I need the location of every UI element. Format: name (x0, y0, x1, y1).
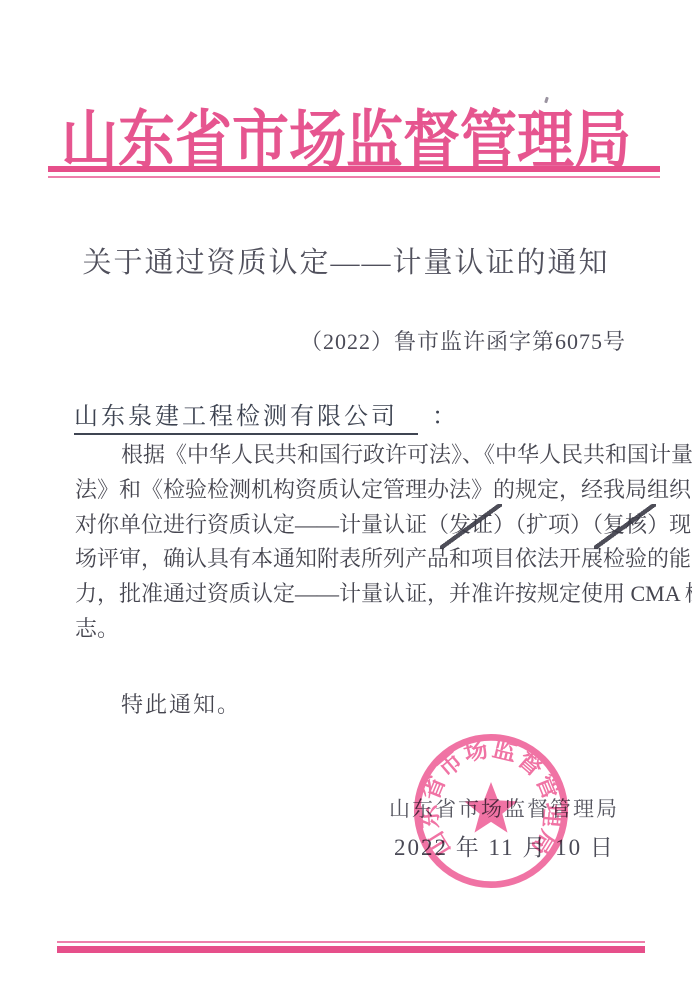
body-line-4: 场评审，确认具有本通知附表所列产品和项目依法开展检验的能 (75, 542, 626, 577)
struck-option-fuhe: 复核 (603, 508, 647, 543)
addressee-colon: ： (432, 404, 456, 430)
official-seal-stamp: 山东省市场监督管理局 (408, 728, 574, 894)
body-line-5: 力，批准通过资质认定——计量认证，并准许按规定使用 CMA 标 (75, 577, 626, 612)
seal-star-icon (464, 782, 517, 833)
footer-rule-thin (57, 941, 645, 943)
footer-rule-thick (57, 946, 645, 953)
body-line-3-text: 对你单位进行资质认定——计量认证（ (75, 512, 449, 537)
document-title: 关于通过资质认定——计量认证的通知 (0, 240, 692, 281)
body-line-3-text-end: ）现 (647, 512, 691, 537)
letterhead-rule-thin (48, 176, 660, 178)
body-line-2: 法》和《检验检测机构资质认定管理办法》的规定，经我局组织 (75, 473, 626, 508)
body-line-1: 根据《中华人民共和国行政许可法》、《中华人民共和国计量 (75, 438, 626, 473)
official-document-page: 山东省市场监督管理局 关于通过资质认定——计量认证的通知 （2022）鲁市监许函… (0, 0, 692, 984)
body-line-3: 对你单位进行资质认定——计量认证（发证）（扩项）（复核）现 (75, 508, 626, 543)
addressee-line: 山东泉建工程检测有限公司： (74, 396, 456, 431)
document-number: （2022）鲁市监许函字第6075号 (300, 325, 626, 356)
letterhead-rule-thick (48, 166, 660, 172)
body-paragraph: 根据《中华人民共和国行政许可法》、《中华人民共和国计量 法》和《检验检测机构资质… (75, 438, 626, 647)
body-line-3-text-mid: ）（扩项）（ (493, 512, 603, 537)
body-line-6: 志。 (75, 612, 626, 647)
closing-phrase: 特此通知。 (121, 688, 241, 719)
addressee-company-name: 山东泉建工程检测有限公司 (74, 404, 418, 435)
struck-option-fazheng: 发证 (449, 508, 493, 543)
